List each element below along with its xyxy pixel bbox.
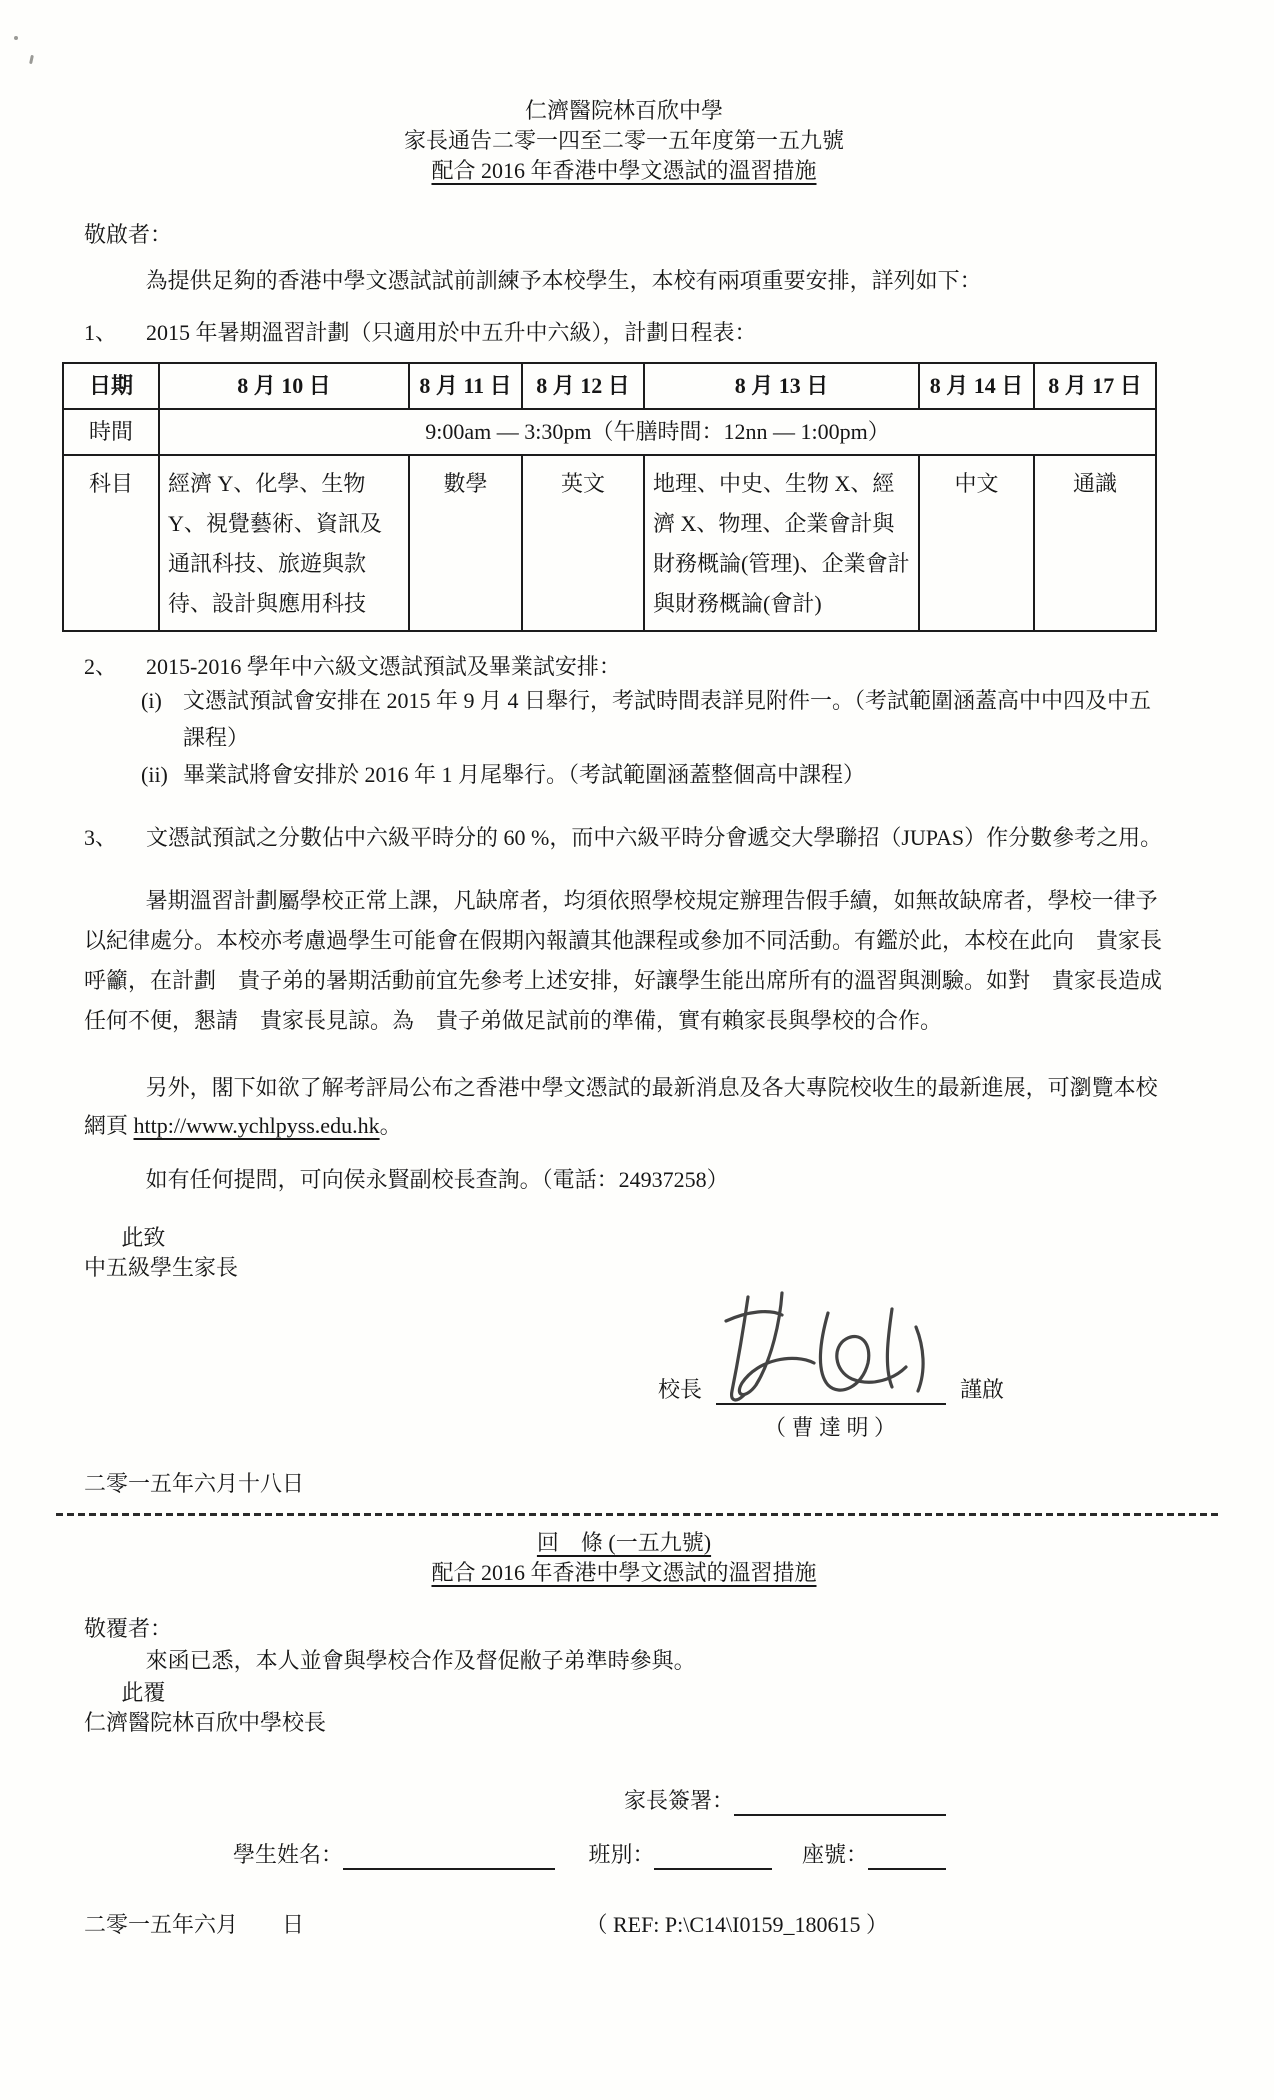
seat-number-blank [868, 1844, 946, 1870]
principal-signature [686, 1287, 966, 1417]
parent-signature-label: 家長簽署： [624, 1788, 734, 1813]
student-name-label: 學生姓名： [233, 1842, 343, 1867]
school-website-url: http://www.ychlpyss.edu.hk [134, 1113, 380, 1138]
date-cell: 8 月 17 日 [1034, 363, 1156, 409]
subject-cell: 地理、中史、生物 X、經濟 X、物理、企業會計與財務概論(管理)、企業會計與財務… [644, 455, 919, 631]
parent-signature-row: 家長簽署： [84, 1786, 946, 1816]
subject-cell: 數學 [409, 455, 522, 631]
reply-footer-row: 二零一五年六月 日 （ REF: P:\C14\I0159_180615 ） [84, 1910, 1164, 1940]
sub-item-ii-text: 畢業試將會安排於 2016 年 1 月尾舉行。（考試範圍涵蓋整個高中課程） [183, 756, 865, 793]
school-name: 仁濟醫院林百欣中學 [84, 96, 1164, 126]
signature-row: 校長 謹啟 [84, 1355, 1004, 1405]
subject-cell: 英文 [522, 455, 644, 631]
reply-slip-subtitle: 配合 2016 年香港中學文憑試的溫習措施 [431, 1560, 816, 1585]
class-label: 班別： [588, 1842, 654, 1867]
item-3-number: 3、 [84, 823, 146, 853]
reply-slip-title: 回 條 (一五九號) [537, 1530, 711, 1555]
paragraph-enquiry: 如有任何提問，可向侯永賢副校長查詢。（電話：24937258） [84, 1165, 1164, 1195]
sub-item-i-marker: (i) [141, 682, 183, 756]
time-cell: 9:00am — 3:30pm（午膳時間：12nn — 1:00pm） [159, 409, 1156, 455]
subject-cell: 經濟 Y、化學、生物 Y、視覺藝術、資訊及通訊科技、旅遊與款待、設計與應用科技 [159, 455, 409, 631]
scan-artifact [14, 36, 18, 40]
sub-item-ii-marker: (ii) [141, 756, 183, 793]
table-row-subjects: 科目 經濟 Y、化學、生物 Y、視覺藝術、資訊及通訊科技、旅遊與款待、設計與應用… [63, 455, 1156, 631]
respectfully-label: 謹啟 [960, 1375, 1004, 1405]
table-row-dates: 日期 8 月 10 日 8 月 11 日 8 月 12 日 8 月 13 日 8… [63, 363, 1156, 409]
reply-date-line: 二零一五年六月 日 [84, 1910, 304, 1940]
signature-line [716, 1371, 946, 1405]
reply-addressee: 仁濟醫院林百欣中學校長 [84, 1708, 1164, 1738]
reply-closing: 此覆 [84, 1678, 1164, 1708]
reply-slip-header: 回 條 (一五九號) 配合 2016 年香港中學文憑試的溫習措施 [84, 1528, 1164, 1588]
date-cell: 8 月 14 日 [919, 363, 1034, 409]
date-cell: 8 月 10 日 [159, 363, 409, 409]
schedule-table: 日期 8 月 10 日 8 月 11 日 8 月 12 日 8 月 13 日 8… [62, 362, 1157, 632]
date-cell: 8 月 13 日 [644, 363, 919, 409]
student-info-row: 學生姓名： 班別： 座號： [84, 1840, 946, 1870]
closing-cci: 此致 [84, 1223, 1164, 1253]
reply-salutation: 敬覆者： [84, 1614, 1164, 1644]
class-blank [654, 1844, 772, 1870]
row-header-date: 日期 [63, 363, 159, 409]
item-3-text: 文憑試預試之分數佔中六級平時分的 60 %，而中六級平時分會遞交大學聯招（JUP… [146, 823, 1164, 853]
website-text-suffix: 。 [380, 1113, 402, 1138]
notice-number: 家長通告二零一四至二零一五年度第一五九號 [84, 126, 1164, 156]
student-name-blank [343, 1844, 555, 1870]
sub-item-i-text: 文憑試預試會安排在 2015 年 9 月 4 日舉行，考試時間表詳見附件一。（考… [183, 682, 1164, 756]
list-item-3: 3、 文憑試預試之分數佔中六級平時分的 60 %，而中六級平時分會遞交大學聯招（… [84, 823, 1164, 853]
list-item-2: 2、 2015-2016 學年中六級文憑試預試及畢業試安排： [84, 652, 1164, 682]
table-row-time: 時間 9:00am — 3:30pm（午膳時間：12nn — 1:00pm） [63, 409, 1156, 455]
subject-cell: 通識 [1034, 455, 1156, 631]
paragraph-attendance-policy: 暑期溫習計劃屬學校正常上課，凡缺席者，均須依照學校規定辦理告假手續，如無故缺席者… [84, 881, 1164, 1041]
dashed-cut-line [56, 1513, 1219, 1516]
row-header-subject: 科目 [63, 455, 159, 631]
date-cell: 8 月 11 日 [409, 363, 522, 409]
salutation: 敬啟者： [84, 220, 1164, 250]
date-cell: 8 月 12 日 [522, 363, 644, 409]
sub-item-i: (i) 文憑試預試會安排在 2015 年 9 月 4 日舉行，考試時間表詳見附件… [141, 682, 1164, 756]
principal-name: （ 曹 達 明 ） [84, 1413, 896, 1443]
reply-body: 來函已悉，本人並會與學校合作及督促敝子弟準時參與。 [84, 1646, 1164, 1676]
item-1-text: 2015 年暑期溫習計劃（只適用於中五升中六級），計劃日程表： [146, 318, 1164, 348]
intro-paragraph: 為提供足夠的香港中學文憑試試前訓練予本校學生，本校有兩項重要安排，詳列如下： [84, 266, 1164, 296]
recipient-line: 中五級學生家長 [84, 1253, 1164, 1283]
item-2-text: 2015-2016 學年中六級文憑試預試及畢業試安排： [146, 652, 1164, 682]
scanned-notice-page: 仁濟醫院林百欣中學 家長通告二零一四至二零一五年度第一五九號 配合 2016 年… [0, 0, 1274, 2100]
seat-number-label: 座號： [802, 1842, 868, 1867]
item-1-number: 1、 [84, 318, 146, 348]
scan-artifact [29, 55, 34, 64]
item-2-number: 2、 [84, 652, 146, 682]
row-header-time: 時間 [63, 409, 159, 455]
list-item-1: 1、 2015 年暑期溫習計劃（只適用於中五升中六級），計劃日程表： [84, 318, 1164, 348]
notice-subject: 配合 2016 年香港中學文憑試的溫習措施 [84, 156, 1164, 186]
document-header: 仁濟醫院林百欣中學 家長通告二零一四至二零一五年度第一五九號 配合 2016 年… [84, 96, 1164, 186]
paragraph-website: 另外，閣下如欲了解考評局公布之香港中學文憑試的最新消息及各大專院校收生的最新進展… [84, 1069, 1164, 1145]
sub-item-ii: (ii) 畢業試將會安排於 2016 年 1 月尾舉行。（考試範圍涵蓋整個高中課… [141, 756, 1164, 793]
subject-cell: 中文 [919, 455, 1034, 631]
parent-signature-blank [734, 1790, 946, 1816]
notice-date: 二零一五年六月十八日 [84, 1469, 1164, 1499]
reference-number: （ REF: P:\C14\I0159_180615 ） [585, 1910, 888, 1940]
